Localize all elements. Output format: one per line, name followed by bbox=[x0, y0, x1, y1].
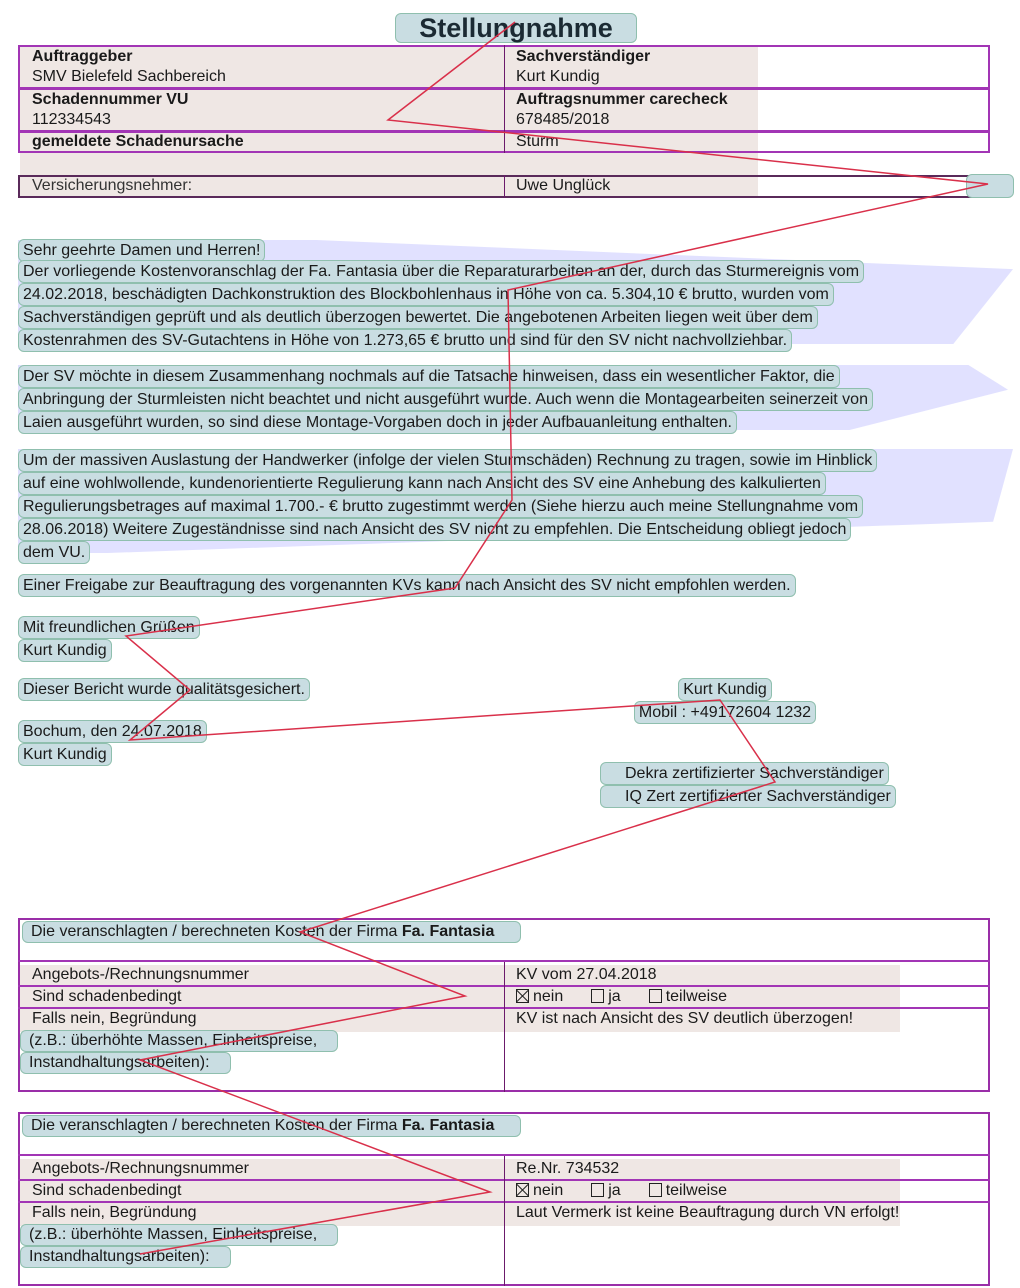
checkbox-icon[interactable] bbox=[516, 1183, 529, 1197]
qa-text: Dieser Bericht wurde qualitätsgesichert. bbox=[18, 678, 310, 701]
number-label: Angebots-/Rechnungsnummer bbox=[32, 1159, 249, 1179]
option-teilweise[interactable]: teilweise bbox=[649, 988, 727, 1005]
contact-phone: Mobil : +49172604 1232 bbox=[634, 701, 816, 724]
closing: Mit freundlichen Grüßen Kurt Kundig bbox=[18, 616, 200, 662]
contact-name: Kurt Kundig bbox=[678, 678, 772, 701]
cost-heading-prefix: Die veranschlagten / berechneten Kosten … bbox=[31, 923, 402, 940]
p3-line: Um der massiven Auslastung der Handwerke… bbox=[18, 449, 877, 472]
option-nein[interactable]: nein bbox=[516, 988, 563, 1005]
p3-line: dem VU. bbox=[18, 541, 90, 564]
number-value: Re.Nr. 734532 bbox=[516, 1159, 619, 1179]
number-label: Angebots-/Rechnungsnummer bbox=[32, 965, 249, 985]
option-label: ja bbox=[608, 1182, 620, 1199]
auftraggeber-value: SMV Bielefeld Sachbereich bbox=[32, 67, 226, 87]
option-ja[interactable]: ja bbox=[591, 1182, 620, 1199]
p1-line: Sachverständigen geprüft und als deutlic… bbox=[18, 306, 818, 329]
closing-name: Kurt Kundig bbox=[18, 639, 112, 662]
cost-table-divider bbox=[504, 962, 505, 1092]
reason-label: Falls nein, Begründung bbox=[32, 1009, 197, 1029]
cost-table-divider bbox=[504, 1156, 505, 1286]
cost-heading-company: Fa. Fantasia bbox=[402, 923, 494, 940]
auftraggeber-label: Auftraggeber bbox=[32, 47, 132, 67]
greeting-text: Sehr geehrte Damen und Herren! bbox=[18, 239, 265, 262]
page-title: Stellungnahme bbox=[395, 13, 637, 43]
vn-value: Uwe Unglück bbox=[516, 176, 610, 196]
option-label: teilweise bbox=[666, 988, 727, 1005]
reason-hint-line: (z.B.: überhöhte Massen, Einheitspreise, bbox=[20, 1224, 338, 1246]
cost-heading-prefix: Die veranschlagten / berechneten Kosten … bbox=[31, 1117, 402, 1134]
cause-options: neinjateilweise bbox=[516, 1181, 727, 1201]
empty-highlight-box bbox=[966, 174, 1014, 198]
auftragsnummer-label: Auftragsnummer carecheck bbox=[516, 90, 728, 110]
cost-heading-company: Fa. Fantasia bbox=[402, 1117, 494, 1134]
contact-block: Kurt Kundig Mobil : +49172604 1232 bbox=[600, 678, 850, 724]
checkbox-icon[interactable] bbox=[516, 989, 529, 1003]
checkbox-icon[interactable] bbox=[591, 1183, 604, 1197]
paragraph-3: Um der massiven Auslastung der Handwerke… bbox=[18, 449, 877, 564]
certifications: Dekra zertifizierter Sachverständiger IQ… bbox=[600, 762, 896, 808]
signature-name: Kurt Kundig bbox=[18, 743, 112, 766]
cert-dekra: Dekra zertifizierter Sachverständiger bbox=[600, 762, 889, 785]
schadennummer-label: Schadennummer VU bbox=[32, 90, 188, 110]
p1-line: Kostenrahmen des SV-Gutachtens in Höhe v… bbox=[18, 329, 792, 352]
greeting: Sehr geehrte Damen und Herren! bbox=[18, 239, 265, 262]
p1-line: 24.02.2018, beschädigten Dachkonstruktio… bbox=[18, 283, 834, 306]
option-label: nein bbox=[533, 1182, 563, 1199]
quality-note: Dieser Bericht wurde qualitätsgesichert. bbox=[18, 678, 310, 701]
reason-value: KV ist nach Ansicht des SV deutlich über… bbox=[516, 1009, 853, 1029]
number-value: KV vom 27.04.2018 bbox=[516, 965, 657, 985]
p3-line: Regulierungsbetrages auf maximal 1.700.-… bbox=[18, 495, 863, 518]
p3-line: 28.06.2018) Weitere Zugeständnisse sind … bbox=[18, 518, 851, 541]
paragraph-2: Der SV möchte in diesem Zusammenhang noc… bbox=[18, 365, 873, 434]
paragraph-4: Einer Freigabe zur Beauftragung des vorg… bbox=[18, 574, 796, 597]
reason-hint: (z.B.: überhöhte Massen, Einheitspreise,… bbox=[20, 1030, 338, 1074]
p4-text: Einer Freigabe zur Beauftragung des vorg… bbox=[18, 574, 796, 597]
cause-options: neinjateilweise bbox=[516, 987, 727, 1007]
cost-heading: Die veranschlagten / berechneten Kosten … bbox=[22, 1115, 521, 1137]
cost-heading: Die veranschlagten / berechneten Kosten … bbox=[22, 921, 521, 943]
schadennummer-value: 112334543 bbox=[32, 110, 111, 130]
reason-label: Falls nein, Begründung bbox=[32, 1203, 197, 1223]
reason-hint-line: Instandhaltungsarbeiten): bbox=[20, 1246, 231, 1268]
p3-line: auf eine wohlwollende, kundenorientierte… bbox=[18, 472, 826, 495]
cause-label: Sind schadenbedingt bbox=[32, 1181, 181, 1201]
reason-hint-line: (z.B.: überhöhte Massen, Einheitspreise, bbox=[20, 1030, 338, 1052]
ursache-value: Sturm bbox=[516, 132, 559, 152]
ursache-label: gemeldete Schadenursache bbox=[32, 132, 244, 152]
header-divider bbox=[504, 45, 505, 153]
checkbox-icon[interactable] bbox=[649, 989, 662, 1003]
cause-label: Sind schadenbedingt bbox=[32, 987, 181, 1007]
paragraph-1: Der vorliegende Kostenvoranschlag der Fa… bbox=[18, 260, 864, 352]
reason-hint: (z.B.: überhöhte Massen, Einheitspreise,… bbox=[20, 1224, 338, 1268]
closing-greeting: Mit freundlichen Grüßen bbox=[18, 616, 200, 639]
header-divider-vn bbox=[504, 175, 505, 198]
option-ja[interactable]: ja bbox=[591, 988, 620, 1005]
p2-line: Der SV möchte in diesem Zusammenhang noc… bbox=[18, 365, 840, 388]
option-label: teilweise bbox=[666, 1182, 727, 1199]
p2-line: Anbringung der Sturmleisten nicht beacht… bbox=[18, 388, 873, 411]
option-label: nein bbox=[533, 988, 563, 1005]
sachverstaendiger-label: Sachverständiger bbox=[516, 47, 650, 67]
place-date-text: Bochum, den 24.07.2018 bbox=[18, 720, 207, 743]
p2-line: Laien ausgeführt wurden, so sind diese M… bbox=[18, 411, 737, 434]
option-teilweise[interactable]: teilweise bbox=[649, 1182, 727, 1199]
auftragsnummer-value: 678485/2018 bbox=[516, 110, 609, 130]
vn-label: Versicherungsnehmer: bbox=[32, 176, 192, 196]
option-nein[interactable]: nein bbox=[516, 1182, 563, 1199]
reason-value: Laut Vermerk ist keine Beauftragung durc… bbox=[516, 1203, 899, 1223]
option-label: ja bbox=[608, 988, 620, 1005]
cert-iqzert: IQ Zert zertifizierter Sachverständiger bbox=[600, 785, 896, 808]
checkbox-icon[interactable] bbox=[591, 989, 604, 1003]
reason-hint-line: Instandhaltungsarbeiten): bbox=[20, 1052, 231, 1074]
sachverstaendiger-value: Kurt Kundig bbox=[516, 67, 600, 87]
p1-line: Der vorliegende Kostenvoranschlag der Fa… bbox=[18, 260, 864, 283]
checkbox-icon[interactable] bbox=[649, 1183, 662, 1197]
place-date: Bochum, den 24.07.2018 Kurt Kundig bbox=[18, 720, 207, 766]
